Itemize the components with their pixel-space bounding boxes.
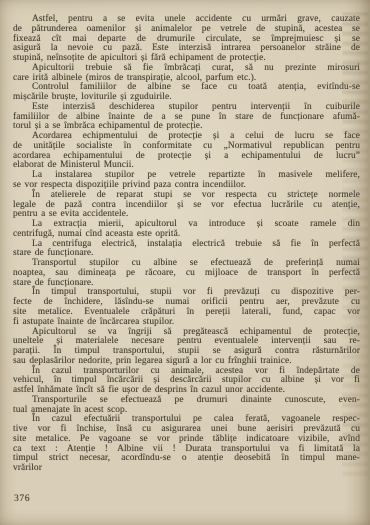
paragraph: La extracția mierii, apicultorul va intr… xyxy=(13,220,360,240)
paragraph: La centrifuga electrică, instalația elec… xyxy=(13,240,360,260)
paragraph: În timpul transportului, stupii vor fi p… xyxy=(13,288,360,327)
paragraph: Apicultorii trebuie să fie îmbrăcați cur… xyxy=(13,64,360,84)
paragraph: La instalarea stupilor pe vetrele repart… xyxy=(13,171,360,191)
text-line: vrărilor xyxy=(13,464,360,474)
paragraph: În atelierele de reparat stupi se vor re… xyxy=(13,191,360,220)
paragraph: Transportul stupilor cu albine se efectu… xyxy=(13,259,360,288)
paragraph: Astfel, pentru a se evita unele accident… xyxy=(13,15,360,64)
paragraph: Transporturile se efectuează pe drumuri … xyxy=(13,396,360,416)
page-number: 376 xyxy=(14,493,30,504)
text-line: timpul strict necesar, acordîndu-se o at… xyxy=(13,454,360,464)
paragraph: În cazul efectuării transportului pe cal… xyxy=(13,415,360,474)
body-text: Astfel, pentru a se evita unele accident… xyxy=(13,15,360,474)
paragraph: Apicultorul se va îngriji să pregătească… xyxy=(13,328,360,367)
book-page: Astfel, pentru a se evita unele accident… xyxy=(0,0,370,525)
paragraph: Controlul familiilor de albine se face c… xyxy=(13,83,360,103)
paragraph: În cazul transporturilor cu animale, ace… xyxy=(13,367,360,396)
paragraph: Este interzisă deschiderea stupilor pent… xyxy=(13,103,360,132)
paragraph: Acordarea echipmentului de protecție și … xyxy=(13,132,360,171)
